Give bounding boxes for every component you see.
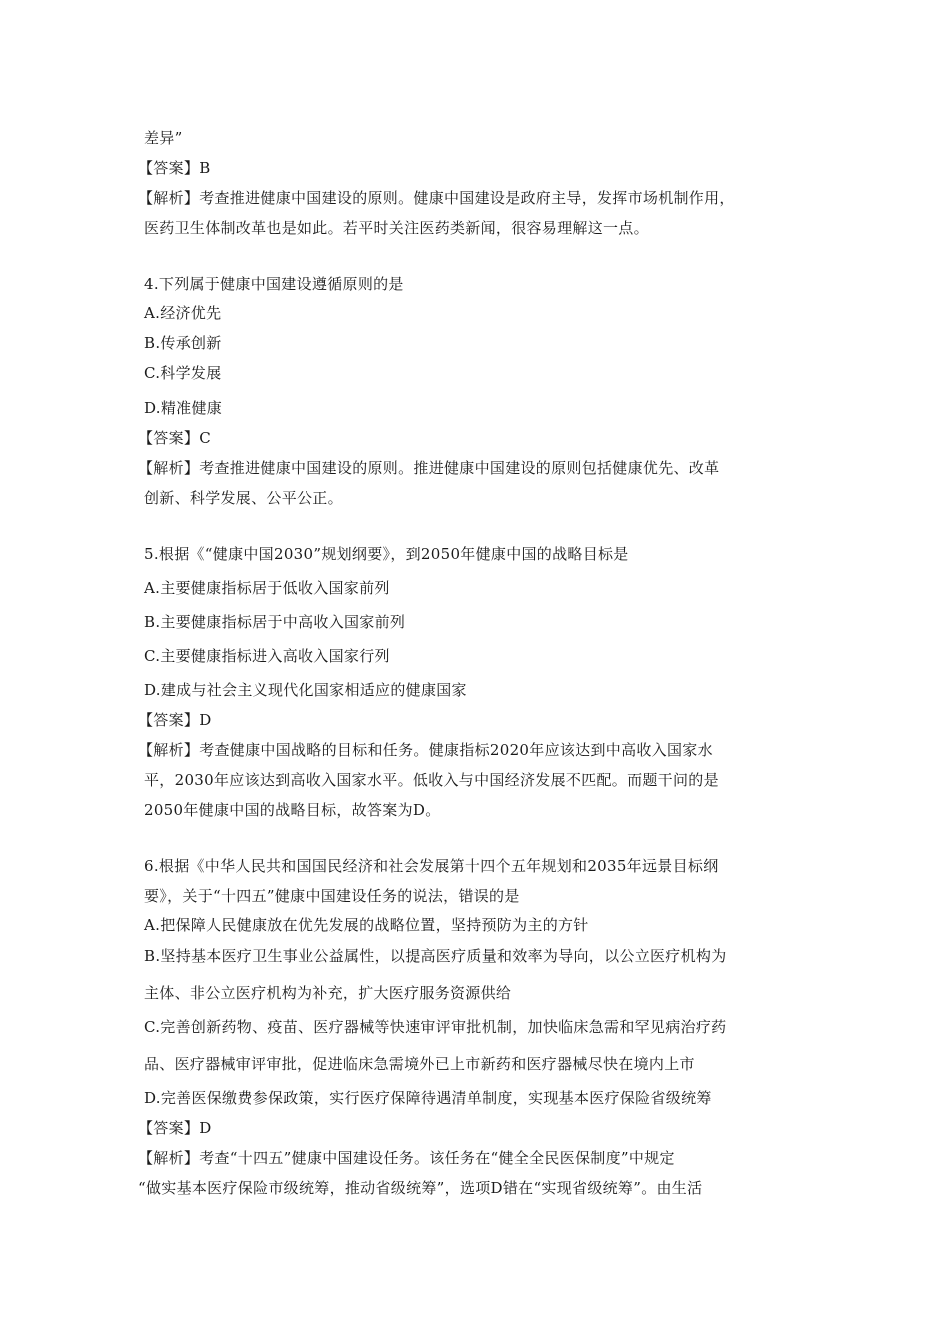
text-line: D.精准健康	[144, 398, 222, 418]
text-line: 要》，关于“十四五”健康中国建设任务的说法，错误的是	[144, 886, 520, 906]
text-line: C.主要健康指标进入高收入国家行列	[144, 646, 390, 666]
text-line: 4.下列属于健康中国建设遵循原则的是	[144, 274, 404, 294]
text-line: 主体、非公立医疗机构为补充，扩大医疗服务资源供给	[144, 983, 511, 1003]
text-line: D.完善医保缴费参保政策，实行医疗保障待遇清单制度，实现基本医疗保险省级统筹	[144, 1088, 712, 1108]
text-line: 6.根据《中华人民共和国国民经济和社会发展第十四个五年规划和2035年远景目标纲	[144, 856, 719, 876]
text-line: 【答案】D	[138, 1118, 212, 1138]
text-line: 创新、科学发展、公平公正。	[144, 488, 343, 508]
text-line: 5.根据《“健康中国2030”规划纲要》，到2050年健康中国的战略目标是	[144, 544, 629, 564]
text-line: 【解析】考查“十四五”健康中国建设任务。该任务在“健全全民医保制度”中规定	[138, 1148, 675, 1168]
text-line: 【答案】B	[138, 158, 211, 178]
text-line: A.经济优先	[144, 303, 221, 323]
text-line: B.传承创新	[144, 333, 222, 353]
text-line: 差异”	[144, 128, 183, 148]
text-line: 品、医疗器械审评审批，促进临床急需境外已上市新药和医疗器械尽快在境内上市	[144, 1054, 695, 1074]
text-line: “做实基本医疗保险市级统筹，推动省级统筹”，选项D错在“实现省级统筹”。由生活	[138, 1178, 702, 1198]
text-line: 【解析】考查推进健康中国建设的原则。健康中国建设是政府主导，发挥市场机制作用，	[138, 188, 735, 208]
text-line: A.主要健康指标居于低收入国家前列	[144, 578, 390, 598]
text-line: 平，2030年应该达到高收入国家水平。低收入与中国经济发展不匹配。而题干问的是	[144, 770, 719, 790]
text-line: C.科学发展	[144, 363, 222, 383]
text-line: 【答案】D	[138, 710, 212, 730]
text-line: 【解析】考查健康中国战略的目标和任务。健康指标2020年应该达到中高收入国家水	[138, 740, 713, 760]
text-line: B.主要健康指标居于中高收入国家前列	[144, 612, 405, 632]
text-line: B.坚持基本医疗卫生事业公益属性，以提高医疗质量和效率为导向，以公立医疗机构为	[144, 946, 727, 966]
text-line: C.完善创新药物、疫苗、医疗器械等快速审评审批机制，加快临床急需和罕见病治疗药	[144, 1017, 726, 1037]
text-line: 【答案】C	[138, 428, 211, 448]
text-line: 【解析】考查推进健康中国建设的原则。推进健康中国建设的原则包括健康优先、改革	[138, 458, 719, 478]
text-line: D.建成与社会主义现代化国家相适应的健康国家	[144, 680, 467, 700]
text-line: 2050年健康中国的战略目标，故答案为D。	[144, 800, 441, 820]
text-line: A.把保障人民健康放在优先发展的战略位置，坚持预防为主的方针	[144, 915, 589, 935]
text-line: 医药卫生体制改革也是如此。若平时关注医药类新闻，很容易理解这一点。	[144, 218, 649, 238]
